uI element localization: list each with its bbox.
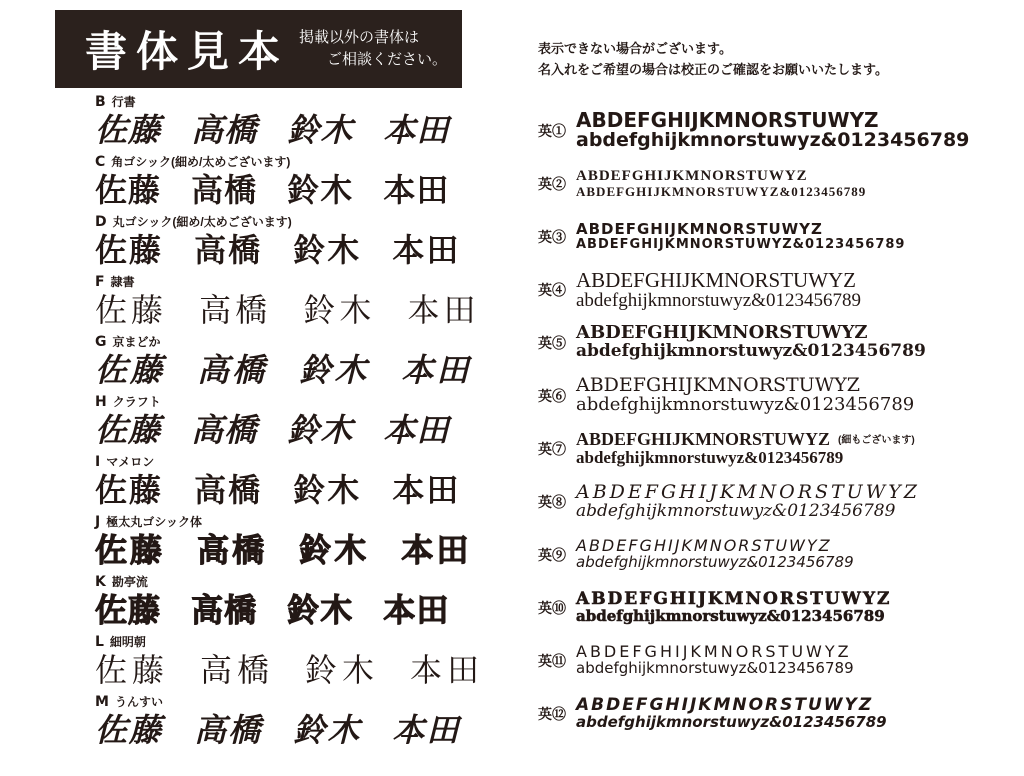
header-note-line2: ご相談ください。	[299, 49, 447, 71]
japanese-font-key: I	[95, 454, 100, 470]
japanese-font-row: J極太丸ゴシック体佐藤 高橋 鈴木 本田	[95, 515, 475, 575]
japanese-font-key: C	[95, 154, 105, 170]
japanese-font-label: F隷書	[95, 275, 475, 289]
japanese-font-name: 極太丸ゴシック体	[106, 515, 202, 529]
japanese-font-row: D丸ゴシック(細め/太めございます)佐藤 高橋 鈴木 本田	[95, 215, 475, 275]
english-font-lowercase: abdefghijkmnorstuwyz&0123456789	[576, 185, 866, 199]
header-note-line1: 掲載以外の書体は	[299, 29, 419, 46]
japanese-font-row: B行書佐藤 高橋 鈴木 本田	[95, 95, 475, 155]
english-font-list: 英①ABDEFGHIJKMNORSTUWYZabdefghijkmnorstuw…	[538, 104, 1024, 740]
english-font-key: 英⑤	[538, 333, 576, 353]
english-font-lowercase: abdefghijkmnorstuwyz&0123456789	[576, 131, 969, 151]
japanese-font-sample: 佐藤 高橋 鈴木 本田	[95, 229, 475, 271]
english-font-lines: ABDEFGHIJKMNORSTUWYZ(細もございます)abdefghijkm…	[576, 430, 915, 467]
japanese-font-key: K	[95, 574, 106, 590]
japanese-font-label: J極太丸ゴシック体	[95, 515, 475, 529]
english-font-lowercase: abdefghijkmnorstuwyz&0123456789	[576, 291, 861, 311]
english-font-row: 英⑩ABDEFGHIJKMNORSTUWYZabdefghijkmnorstuw…	[538, 581, 1024, 634]
english-font-uppercase: ABDEFGHIJKMNORSTUWYZ	[576, 697, 887, 715]
japanese-font-label: G京まどか	[95, 335, 475, 349]
english-font-row: 英④ABDEFGHIJKMNORSTUWYZabdefghijkmnorstuw…	[538, 263, 1024, 316]
english-font-lowercase: abdefghijkmnorstuwyz&0123456789	[576, 715, 887, 731]
english-font-row: 英⑧ABDEFGHIJKMNORSTUWYZabdefghijkmnorstuw…	[538, 475, 1024, 528]
japanese-font-name: 勘亭流	[112, 575, 148, 589]
english-font-row: 英③ABDEFGHIJKMNORSTUWYZabdefghijkmnorstuw…	[538, 210, 1024, 263]
japanese-font-row: F隷書佐藤 高橋 鈴木 本田	[95, 275, 475, 335]
english-font-lowercase: abdefghijkmnorstuwyz&0123456789	[576, 609, 891, 625]
japanese-font-key: L	[95, 634, 104, 650]
japanese-font-key: H	[95, 394, 107, 410]
disclaimer-line1: 表示できない場合がございます。	[538, 38, 888, 59]
english-font-key: 英⑪	[538, 651, 576, 671]
english-font-row: 英⑥ABDEFGHIJKMNORSTUWYZabdefghijkmnorstuw…	[538, 369, 1024, 422]
english-font-uppercase: ABDEFGHIJKMNORSTUWYZ	[576, 483, 920, 503]
japanese-font-key: M	[95, 694, 109, 710]
japanese-font-name: マメロン	[106, 455, 154, 469]
disclaimer-text: 表示できない場合がございます。 名入れをご希望の場合は校正のご確認をお願いいたし…	[538, 38, 888, 81]
japanese-font-name: 京まどか	[113, 335, 161, 349]
english-font-lowercase: abdefghijkmnorstuwyz&0123456789	[576, 503, 920, 521]
japanese-font-sample: 佐藤 高橋 鈴木 本田	[95, 169, 475, 211]
font-specimen-sheet: 書体見本 掲載以外の書体は ご相談ください。 表示できない場合がございます。 名…	[0, 0, 1024, 776]
english-font-row: 英⑤ABDEFGHIJKMNORSTUWYZabdefghijkmnorstuw…	[538, 316, 1024, 369]
japanese-font-key: D	[95, 214, 107, 230]
english-font-row: 英⑫ABDEFGHIJKMNORSTUWYZabdefghijkmnorstuw…	[538, 687, 1024, 740]
japanese-font-name: 角ゴシック(細め/太めございます)	[111, 155, 290, 169]
page-title: 書体見本	[85, 19, 289, 79]
disclaimer-line2: 名入れをご希望の場合は校正のご確認をお願いいたします。	[538, 59, 888, 80]
english-font-row: 英⑦ABDEFGHIJKMNORSTUWYZ(細もございます)abdefghij…	[538, 422, 1024, 475]
japanese-font-row: L細明朝佐藤 高橋 鈴木 本田	[95, 635, 475, 695]
english-font-uppercase: ABDEFGHIJKMNORSTUWYZ	[576, 269, 861, 291]
english-font-key: 英⑩	[538, 598, 576, 618]
english-font-key: 英②	[538, 174, 576, 194]
english-font-key: 英⑦	[538, 439, 576, 459]
english-font-key: 英⑧	[538, 492, 576, 512]
japanese-font-key: G	[95, 334, 107, 350]
japanese-font-sample: 佐藤 高橋 鈴木 本田	[95, 289, 475, 331]
japanese-font-label: Mうんすい	[95, 695, 475, 709]
japanese-font-key: J	[95, 514, 100, 530]
japanese-font-sample: 佐藤 高橋 鈴木 本田	[95, 709, 475, 751]
english-font-key: 英⑨	[538, 545, 576, 565]
english-font-key: 英①	[538, 121, 576, 141]
english-font-row: 英②ABDEFGHIJKMNORSTUWYZabdefghijkmnorstuw…	[538, 157, 1024, 210]
japanese-font-label: K勘亭流	[95, 575, 475, 589]
english-font-lines: ABDEFGHIJKMNORSTUWYZabdefghijkmnorstuwyz…	[576, 169, 866, 198]
english-font-key: 英⑫	[538, 704, 576, 724]
japanese-font-key: F	[95, 274, 105, 290]
japanese-font-sample: 佐藤 高橋 鈴木 本田	[95, 349, 475, 391]
japanese-font-name: 行書	[112, 95, 136, 109]
english-font-uppercase: ABDEFGHIJKMNORSTUWYZ	[576, 429, 830, 449]
english-font-lines: ABDEFGHIJKMNORSTUWYZabdefghijkmnorstuwyz…	[576, 269, 861, 311]
japanese-font-name: 隷書	[111, 275, 135, 289]
japanese-font-row: G京まどか佐藤 高橋 鈴木 本田	[95, 335, 475, 395]
japanese-font-name: クラフト	[113, 395, 161, 409]
japanese-font-label: Iマメロン	[95, 455, 475, 469]
english-font-key: 英③	[538, 227, 576, 247]
japanese-font-label: L細明朝	[95, 635, 475, 649]
english-font-lowercase: abdefghijkmnorstuwyz&0123456789	[576, 238, 905, 252]
english-font-lowercase: abdefghijkmnorstuwyz&0123456789	[576, 449, 915, 467]
japanese-font-label: C角ゴシック(細め/太めございます)	[95, 155, 475, 169]
japanese-font-name: うんすい	[115, 695, 163, 709]
english-font-row: 英⑪ABDEFGHIJKMNORSTUWYZabdefghijkmnorstuw…	[538, 634, 1024, 687]
english-font-lines: ABDEFGHIJKMNORSTUWYZabdefghijkmnorstuwyz…	[576, 591, 891, 625]
english-font-lines: ABDEFGHIJKMNORSTUWYZabdefghijkmnorstuwyz…	[576, 538, 854, 571]
english-font-uppercase: ABDEFGHIJKMNORSTUWYZ	[576, 376, 914, 396]
japanese-font-name: 細明朝	[110, 635, 146, 649]
header-note: 掲載以外の書体は ご相談ください。	[299, 27, 447, 71]
japanese-font-row: Iマメロン佐藤 高橋 鈴木 本田	[95, 455, 475, 515]
english-font-lines: ABDEFGHIJKMNORSTUWYZabdefghijkmnorstuwyz…	[576, 376, 914, 415]
english-font-lines: ABDEFGHIJKMNORSTUWYZabdefghijkmnorstuwyz…	[576, 483, 920, 521]
english-font-lowercase: abdefghijkmnorstuwyz&0123456789	[576, 661, 854, 677]
english-font-note: (細もございます)	[838, 435, 915, 446]
japanese-font-row: K勘亭流佐藤 高橋 鈴木 本田	[95, 575, 475, 635]
english-font-lines: ABDEFGHIJKMNORSTUWYZabdefghijkmnorstuwyz…	[576, 222, 905, 251]
english-font-row: 英①ABDEFGHIJKMNORSTUWYZabdefghijkmnorstuw…	[538, 104, 1024, 157]
japanese-font-label: B行書	[95, 95, 475, 109]
japanese-font-row: Mうんすい佐藤 高橋 鈴木 本田	[95, 695, 475, 755]
japanese-font-label: Hクラフト	[95, 395, 475, 409]
japanese-font-label: D丸ゴシック(細め/太めございます)	[95, 215, 475, 229]
english-font-uppercase: ABDEFGHIJKMNORSTUWYZ	[576, 591, 891, 609]
english-font-lowercase: abdefghijkmnorstuwyz&0123456789	[576, 343, 926, 361]
english-font-uppercase: ABDEFGHIJKMNORSTUWYZ	[576, 222, 905, 238]
english-font-lowercase: abdefghijkmnorstuwyz&0123456789	[576, 396, 914, 415]
english-font-lowercase: abdefghijkmnorstuwyz&0123456789	[576, 555, 854, 571]
japanese-font-sample: 佐藤 高橋 鈴木 本田	[95, 409, 475, 451]
japanese-font-sample: 佐藤 高橋 鈴木 本田	[95, 529, 475, 571]
japanese-font-name: 丸ゴシック(細め/太めございます)	[113, 215, 292, 229]
japanese-font-sample: 佐藤 高橋 鈴木 本田	[95, 649, 475, 691]
header-banner: 書体見本 掲載以外の書体は ご相談ください。	[55, 10, 462, 88]
english-font-lines: ABDEFGHIJKMNORSTUWYZabdefghijkmnorstuwyz…	[576, 110, 969, 151]
english-font-uppercase: ABDEFGHIJKMNORSTUWYZ	[576, 110, 969, 131]
english-font-lines: ABDEFGHIJKMNORSTUWYZabdefghijkmnorstuwyz…	[576, 324, 926, 361]
japanese-font-sample: 佐藤 高橋 鈴木 本田	[95, 589, 475, 631]
english-font-uppercase: ABDEFGHIJKMNORSTUWYZ	[576, 169, 866, 185]
japanese-font-key: B	[95, 94, 106, 110]
japanese-font-sample: 佐藤 高橋 鈴木 本田	[95, 469, 475, 511]
english-font-lines: ABDEFGHIJKMNORSTUWYZabdefghijkmnorstuwyz…	[576, 697, 887, 731]
japanese-font-sample: 佐藤 高橋 鈴木 本田	[95, 109, 475, 151]
english-font-key: 英④	[538, 280, 576, 300]
japanese-font-list: B行書佐藤 高橋 鈴木 本田C角ゴシック(細め/太めございます)佐藤 高橋 鈴木…	[95, 95, 475, 755]
english-font-key: 英⑥	[538, 386, 576, 406]
japanese-font-row: C角ゴシック(細め/太めございます)佐藤 高橋 鈴木 本田	[95, 155, 475, 215]
japanese-font-row: Hクラフト佐藤 高橋 鈴木 本田	[95, 395, 475, 455]
english-font-lines: ABDEFGHIJKMNORSTUWYZabdefghijkmnorstuwyz…	[576, 644, 854, 677]
english-font-row: 英⑨ABDEFGHIJKMNORSTUWYZabdefghijkmnorstuw…	[538, 528, 1024, 581]
